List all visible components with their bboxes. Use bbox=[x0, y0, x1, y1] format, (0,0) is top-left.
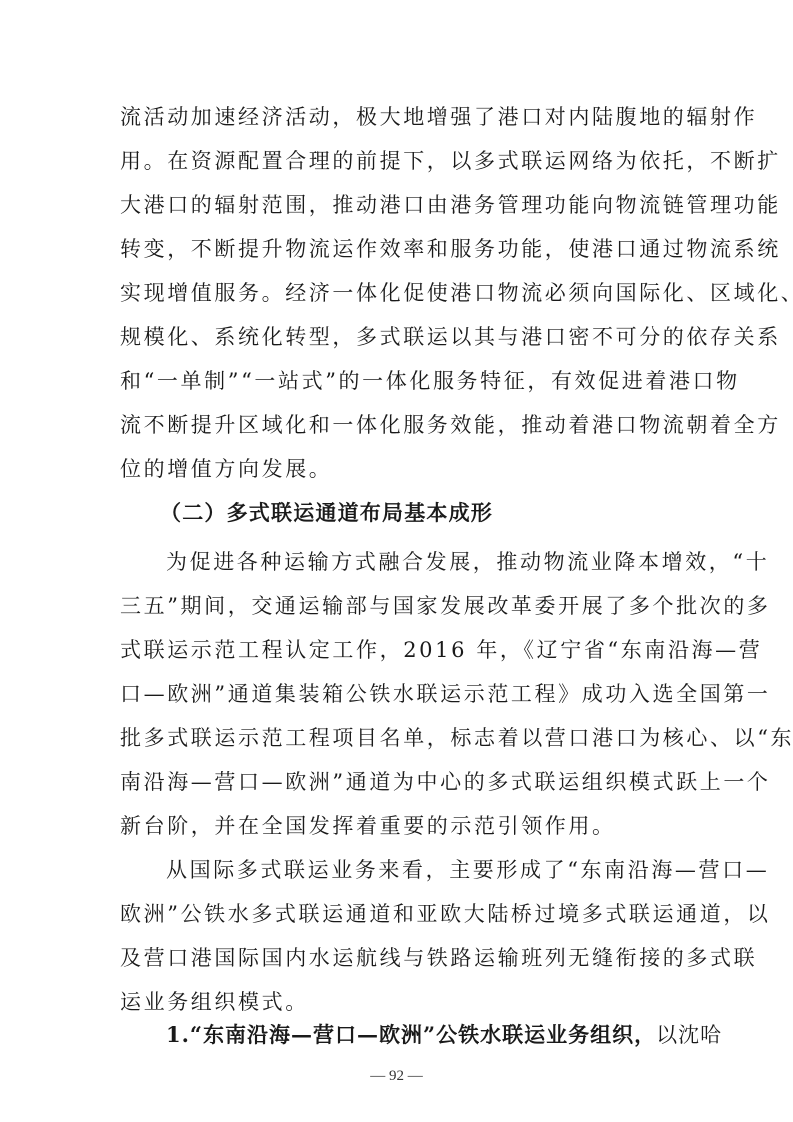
paragraph-1-line-8: 流不断提升区域化和一体化服务效能，推动着港口物流朝着全方 bbox=[120, 410, 672, 440]
paragraph-3-line-2: 欧洲”公铁水多式联运通道和亚欧大陆桥过境多式联运通道，以 bbox=[120, 899, 672, 929]
page-number: — 92 — bbox=[0, 1068, 793, 1085]
paragraph-2-line-4: 口—欧洲”通道集装箱公铁水联运示范工程》成功入选全国第一 bbox=[120, 679, 672, 709]
paragraph-2-line-3: 式联运示范工程认定工作，2016 年，《辽宁省“东南沿海—营 bbox=[120, 635, 672, 665]
paragraph-3-line-3: 及营口港国际国内水运航线与铁路运输班列无缝衔接的多式联 bbox=[120, 943, 672, 973]
item-1-bold-title: 1.“东南沿海—营口—欧洲”公铁水联运业务组织， bbox=[166, 1022, 656, 1047]
document-page: 流活动加速经济活动，极大地增强了港口对内陆腹地的辐射作 用。在资源配置合理的前提… bbox=[0, 0, 793, 1122]
paragraph-1-line-7: 和“一单制”“一站式”的一体化服务特征，有效促进着港口物 bbox=[120, 366, 672, 396]
paragraph-2-line-7: 新台阶，并在全国发挥着重要的示范引领作用。 bbox=[120, 811, 672, 841]
paragraph-1-line-6: 规模化、系统化转型，多式联运以其与港口密不可分的依存关系 bbox=[120, 322, 672, 352]
paragraph-2-line-2: 三五”期间，交通运输部与国家发展改革委开展了多个批次的多 bbox=[120, 591, 672, 621]
paragraph-1-line-9: 位的增值方向发展。 bbox=[120, 454, 672, 484]
item-1-line: 1.“东南沿海—营口—欧洲”公铁水联运业务组织，以沈哈 bbox=[166, 1020, 672, 1050]
paragraph-1-line-2: 用。在资源配置合理的前提下，以多式联运网络为依托，不断扩 bbox=[120, 146, 672, 176]
paragraph-1-line-4: 转变，不断提升物流运作效率和服务功能，使港口通过物流系统 bbox=[120, 234, 672, 264]
section-heading: （二）多式联运通道布局基本成形 bbox=[160, 498, 493, 528]
paragraph-2-line-5: 批多式联运示范工程项目名单，标志着以营口港口为核心、以“东 bbox=[120, 723, 672, 753]
paragraph-3-line-1: 从国际多式联运业务来看，主要形成了“东南沿海—营口— bbox=[166, 855, 672, 885]
paragraph-3-line-4: 运业务组织模式。 bbox=[120, 987, 672, 1017]
paragraph-1-line-3: 大港口的辐射范围，推动港口由港务管理功能向物流链管理功能 bbox=[120, 190, 672, 220]
paragraph-2-line-6: 南沿海—营口—欧洲”通道为中心的多式联运组织模式跃上一个 bbox=[120, 767, 672, 797]
paragraph-1-line-5: 实现增值服务。经济一体化促使港口物流必须向国际化、区域化、 bbox=[120, 278, 672, 308]
item-1-text: 以沈哈 bbox=[656, 1023, 722, 1047]
paragraph-2-line-1: 为促进各种运输方式融合发展，推动物流业降本增效，“十 bbox=[166, 547, 672, 577]
paragraph-1-line-1: 流活动加速经济活动，极大地增强了港口对内陆腹地的辐射作 bbox=[120, 102, 672, 132]
